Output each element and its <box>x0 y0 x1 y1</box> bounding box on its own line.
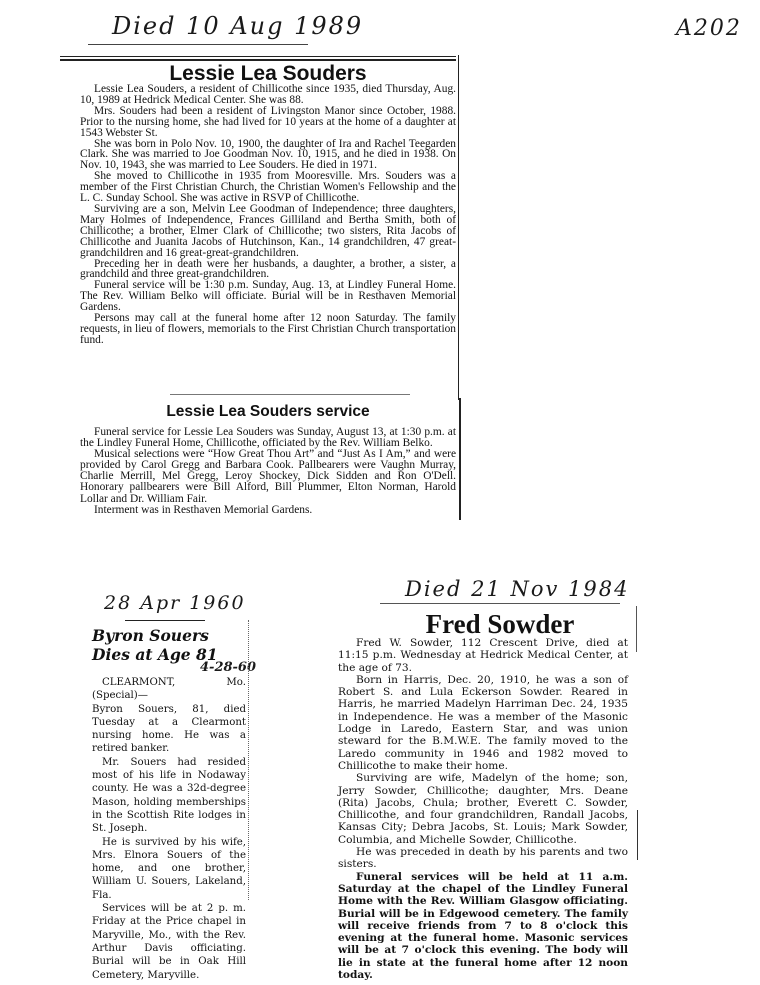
handwritten-date-byron: 28 Apr 1960 <box>104 592 246 614</box>
paragraph: Surviving are wife, Madelyn of the home;… <box>338 772 628 846</box>
column-border <box>637 810 638 860</box>
dateline: CLEARMONT, Mo. (Special)— <box>92 676 246 703</box>
clipping-top-rule <box>125 620 205 621</box>
paragraph: Funeral service will be 1:30 p.m. Sunday… <box>80 280 456 313</box>
column-border <box>636 606 637 652</box>
handwritten-page-number: A202 <box>676 16 742 41</box>
handwriting-underline <box>88 44 308 45</box>
lessie-obituary-body: Lessie Lea Souders, a resident of Chilli… <box>80 84 456 346</box>
paragraph: He was preceded in death by his parents … <box>338 846 628 871</box>
service-body: Funeral service for Lessie Lea Souders w… <box>80 427 456 516</box>
clipping-top-rule <box>380 603 620 604</box>
paragraph: Services will be at 2 p. m. Friday at th… <box>92 902 246 982</box>
service-headline: Lessie Lea Souders service <box>80 403 456 421</box>
headline-line: Byron Souers <box>92 626 218 645</box>
fred-obituary-body: Fred W. Sowder, 112 Crescent Drive, died… <box>338 637 628 981</box>
clipping-edge <box>248 620 249 900</box>
paragraph: Mrs. Souders had been a resident of Livi… <box>80 106 456 139</box>
clipping-top-rule <box>60 56 456 57</box>
paragraph: Byron Souers, 81, died Tuesday at a Clea… <box>92 703 246 756</box>
section-divider <box>170 394 410 395</box>
handwritten-death-date-fred: Died 21 Nov 1984 <box>405 577 630 601</box>
paragraph: He is survived by his wife, Mrs. Elnora … <box>92 836 246 902</box>
clipping-top-rule-thick <box>60 59 456 61</box>
paragraph: Funeral services will be held at 11 a.m.… <box>338 871 628 982</box>
column-border <box>458 55 459 400</box>
fred-headline: Fred Sowder <box>380 609 620 640</box>
byron-headline: Byron Souers Dies at Age 81 <box>92 626 218 664</box>
paragraph: Lessie Lea Souders, a resident of Chilli… <box>80 84 456 106</box>
paragraph: Persons may call at the funeral home aft… <box>80 313 456 346</box>
paragraph: She moved to Chillicothe in 1935 from Mo… <box>80 171 456 204</box>
paragraph: Mr. Souers had resided most of his life … <box>92 756 246 836</box>
paragraph: Born in Harris, Dec. 20, 1910, he was a … <box>338 674 628 772</box>
headline-line: Dies at Age 81 <box>92 645 218 664</box>
paragraph: Fred W. Sowder, 112 Crescent Drive, died… <box>338 637 628 674</box>
handwritten-death-date-lessie: Died 10 Aug 1989 <box>112 12 363 40</box>
column-border <box>459 398 461 520</box>
paragraph: Interment was in Resthaven Memorial Gard… <box>80 505 456 516</box>
paragraph: Preceding her in death were her husbands… <box>80 259 456 281</box>
paragraph: She was born in Polo Nov. 10, 1900, the … <box>80 139 456 172</box>
byron-obituary-body: CLEARMONT, Mo. (Special)— Byron Souers, … <box>92 676 246 982</box>
paragraph: Funeral service for Lessie Lea Souders w… <box>80 427 456 449</box>
paragraph: Musical selections were “How Great Thou … <box>80 449 456 504</box>
paragraph: Surviving are a son, Melvin Lee Goodman … <box>80 204 456 259</box>
